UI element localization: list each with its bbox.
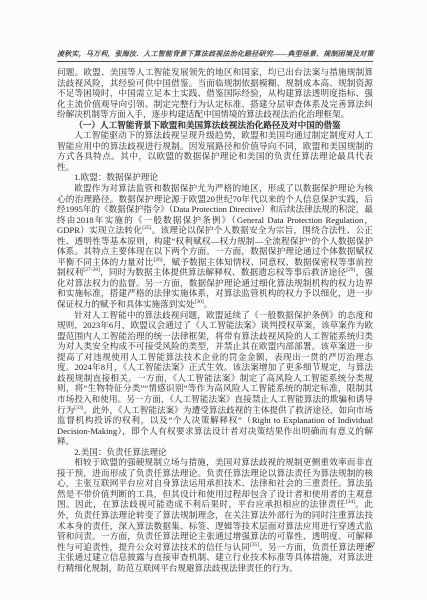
section-heading: （一）人工智能背景下欧盟和美国算法歧视法治化路径及对中国的借鉴 bbox=[57, 120, 373, 131]
body-paragraph-intro: 问题。欧盟、美国等人工智能发展领先的地区和国家，均已出台法案与措施规制算法歧视风… bbox=[57, 67, 373, 120]
subsection-heading-us: 2.美国：负责任算法理论 bbox=[57, 447, 373, 458]
subsection-heading-eu: 1.欧盟：数据保护理论 bbox=[57, 172, 373, 183]
page-number: 47 bbox=[367, 541, 375, 550]
header-rule bbox=[57, 61, 373, 62]
body-paragraph-eu-2: 针对人工智能中的算法歧视问题，欧盟延续了《一般数据保护条例》的态度和规则，202… bbox=[57, 310, 373, 447]
body-paragraph-eu-1: 欧盟作为对算法监管和数据保护尤为严格的地区，形成了以数据保护理论为核心的治理路径… bbox=[57, 183, 373, 310]
body-paragraph-section1: 人工智能驱动下的算法歧视呈现升级趋势，欧盟和美国均通过制定制度对人工智能应用中的… bbox=[57, 130, 373, 172]
running-header: 凌秋实，马万利，张海汝．人工智能背景下算法歧视法治化路径研究——典型场景、规制困… bbox=[57, 49, 375, 59]
page-body: 问题。欧盟、美国等人工智能发展领先的地区和国家，均已出台法案与措施规制算法歧视风… bbox=[57, 67, 373, 573]
body-paragraph-us-1: 相较于欧盟的强硬规制立场与措施，美国对算法歧视的规制更侧重效率而非直接干预，进而… bbox=[57, 457, 373, 573]
paper-page: 凌秋实，马万利，张海汝．人工智能背景下算法歧视法治化路径研究——典型场景、规制困… bbox=[0, 0, 427, 600]
